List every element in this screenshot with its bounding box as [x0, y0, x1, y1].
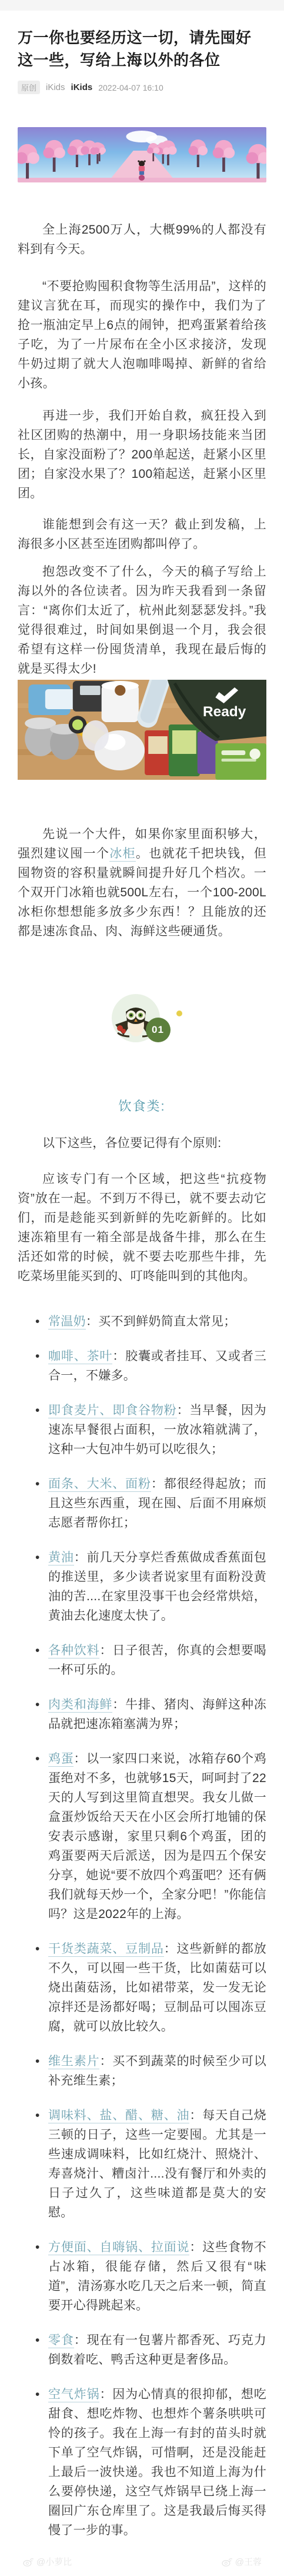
watermark-row: @小萝比 @王蓉 [18, 2555, 266, 2576]
list-item-yinliao: 各种饮料：日子很苦，你真的会想要喝一杯可乐的。 [35, 1641, 266, 1680]
weibo-logo-icon [221, 2557, 233, 2567]
keyword-link[interactable]: 常温奶 [48, 1315, 86, 1329]
item-text: ：以一家四口来说，冰箱存60个鸡蛋绝对不多，也就够15天，呵呵封了22天的人写到… [48, 1752, 266, 1921]
watermark-left: @小萝比 [22, 2555, 72, 2568]
paragraph-1: 全上海2500万人，大概99%的人都没有料到有今天。 [18, 220, 266, 259]
cherry-blossom-illustration [18, 127, 266, 182]
author-name[interactable]: iKids [71, 82, 93, 92]
kid-on-bike [138, 160, 145, 181]
keyword-link[interactable]: 空气炸锅 [48, 2388, 99, 2402]
keyword-link[interactable]: 肉类和海鲜 [48, 1698, 112, 1713]
weibo-logo-icon [22, 2557, 34, 2567]
paragraph-3: 再进一步，我们开始自救，疯狂投入到社区团购的热潮中，用一身职场技能来当团长，自家… [18, 406, 266, 503]
principle-intro: 以下这些，各位要记得有个原则: [18, 1134, 266, 1153]
section-divider: 01 [18, 994, 266, 1051]
freezer-text-post: 。也就花千把块钱，但囤物资的容积量就瞬间提升好几个档次。一个双开门冰箱也就500… [18, 847, 266, 938]
item-text: ：每天自己烧三顿的日子，这些一定要囤。尤其是一些速成调味料，比如红烧汁、照烧汁、… [48, 2109, 266, 2219]
top-gray-strip [0, 0, 284, 11]
supplies-svg: Ready [18, 680, 266, 780]
watermark-right: @王蓉 [221, 2555, 262, 2568]
supply-list: 常温奶：买不到鲜奶简直太常见； 咖啡、茶叶：胶囊或者挂耳、又或者三合一，不嫌多。… [18, 1312, 266, 2540]
item-text: ：现在有一包薯片都香死、巧克力倒数着吃、鸭舌这种更是奢侈品。 [48, 2334, 266, 2366]
principle-detail: 应该专门有一个区域，把这些“抗疫物资”放在一起。不到万不得已，就不要去动它们，而… [18, 1169, 266, 1286]
watermark-left-text: @小萝比 [36, 2555, 72, 2568]
list-item-changwennai: 常温奶：买不到鲜奶简直太常见； [35, 1312, 266, 1331]
yellow-dot-icon [176, 1011, 182, 1016]
ready-bag-label: Ready [203, 704, 246, 720]
list-item-jidan: 鸡蛋：以一家四口来说，冰箱存60个鸡蛋绝对不多，也就够15天，呵呵封了22天的人… [35, 1749, 266, 1924]
keyword-link[interactable]: 咖啡、茶叶 [48, 1350, 112, 1364]
section-heading-food: 饮食类: [18, 1096, 266, 1115]
keyword-link[interactable]: 即食麦片、即食谷物粉 [48, 1404, 177, 1418]
emergency-supplies-photo: Ready [18, 680, 266, 780]
item-text: ：因为心情真的很抑郁，想吃甜食、想吃炸物、也想炸个薯条哄哄可怜的孩子。我在上海一… [48, 2388, 266, 2537]
article-meta: 原创 iKids iKids 2022-04-07 16:10 [18, 81, 266, 94]
keyword-link[interactable]: 方便面、自嗨锅、拉面说 [48, 2241, 189, 2255]
hero-svg [18, 127, 266, 182]
section-number-badge: 01 [146, 1018, 171, 1042]
keyword-link[interactable]: 调味料、盐、醋、糖、油 [48, 2109, 189, 2123]
account-name[interactable]: iKids [46, 82, 65, 92]
paragraph-2: “不要抢购囤积食物等生活用品”，这样的建议言犹在耳，而现实的操作中，我们为了抢一… [18, 277, 266, 393]
keyword-link[interactable]: 鸡蛋 [48, 1752, 73, 1767]
keyword-link[interactable]: 干货类蔬菜、豆制品 [48, 1942, 164, 1957]
list-item-kongqizhaguo: 空气炸锅：因为心情真的很抑郁，想吃甜食、想吃炸物、也想炸个薯条哄哄可怜的孩子。我… [35, 2385, 266, 2540]
keyword-link[interactable]: 维生素片 [48, 2055, 99, 2069]
list-item-huangyou: 黄油：前几天分享烂香蕉做成香蕉面包的推送里，多少读者说家里有面粉没黄油的苦...… [35, 1548, 266, 1626]
keyword-link[interactable]: 零食 [48, 2334, 74, 2348]
list-item-tiaoweiliao: 调味料、盐、醋、糖、油：每天自己烧三顿的日子，这些一定要囤。尤其是一些速成调味料… [35, 2106, 266, 2222]
item-text: ：前几天分享烂香蕉做成香蕉面包的推送里，多少读者说家里有面粉没黄油的苦....在… [48, 1551, 266, 1623]
freezer-paragraph: 先说一个大件，如果你家里面积够大，强烈建议囤一个冰柜。也就花千把块钱，但囤物资的… [18, 825, 266, 941]
publish-time: 2022-04-07 16:10 [98, 83, 163, 92]
watermark-right-text: @王蓉 [235, 2555, 262, 2568]
paragraph-5: 抱怨改变不了什么，今天的稿子写给上海以外的各位读者。因为昨天我看到一条留言：“离… [18, 562, 266, 679]
keyword-link[interactable]: 黄油 [48, 1551, 74, 1565]
list-item-fangbianmian: 方便面、自嗨锅、拉面说：这些食物不占冰箱，很能存储，然后又很有“味道”，清汤寡水… [35, 2238, 266, 2315]
freezer-keyword-link[interactable]: 冰柜 [109, 847, 136, 862]
list-item-lingshi: 零食：现在有一包薯片都香死、巧克力倒数着吃、鸭舌这种更是奢侈品。 [35, 2331, 266, 2369]
keyword-link[interactable]: 各种饮料 [48, 1644, 99, 1658]
list-item-kafei-chaye: 咖啡、茶叶：胶囊或者挂耳、又或者三合一，不嫌多。 [35, 1347, 266, 1385]
article-page: 万一你也要经历这一切，请先囤好这一些，写给上海以外的各位 原创 iKids iK… [0, 0, 284, 2576]
list-item-maipian: 即食麦片、即食谷物粉：当早餐，因为速冻早餐很占面积，一放冰箱就满了，这种一大包冲… [35, 1401, 266, 1459]
keyword-link[interactable]: 面条、大米、面粉 [48, 1477, 151, 1492]
paragraph-4: 谁能想到会有这一天？截止到发稿，上海很多小区甚至连团购都叫停了。 [18, 515, 266, 554]
list-item-roulei-haixian: 肉类和海鲜：牛排、猪肉、海鲜这种冻品就把速冻箱塞满为界； [35, 1695, 266, 1734]
page-title: 万一你也要经历这一切，请先囤好这一些，写给上海以外的各位 [18, 26, 266, 71]
list-item-miantiao-dami: 面条、大米、面粉：都很经得起放；而且这些东西重，现在囤、后面不用麻烦志愿者帮你扛… [35, 1474, 266, 1533]
list-item-weishengsu: 维生素片：买不到蔬菜的时候至少可以补充维生素； [35, 2052, 266, 2090]
list-item-ganhuo-douzhipin: 干货类蔬菜、豆制品：这些新鲜的都放不久，可以囤一些干货，比如菌菇可以烧出菌菇汤，… [35, 1939, 266, 2036]
item-text: ：买不到鲜奶简直太常见； [86, 1315, 236, 1328]
original-badge: 原创 [18, 81, 40, 94]
